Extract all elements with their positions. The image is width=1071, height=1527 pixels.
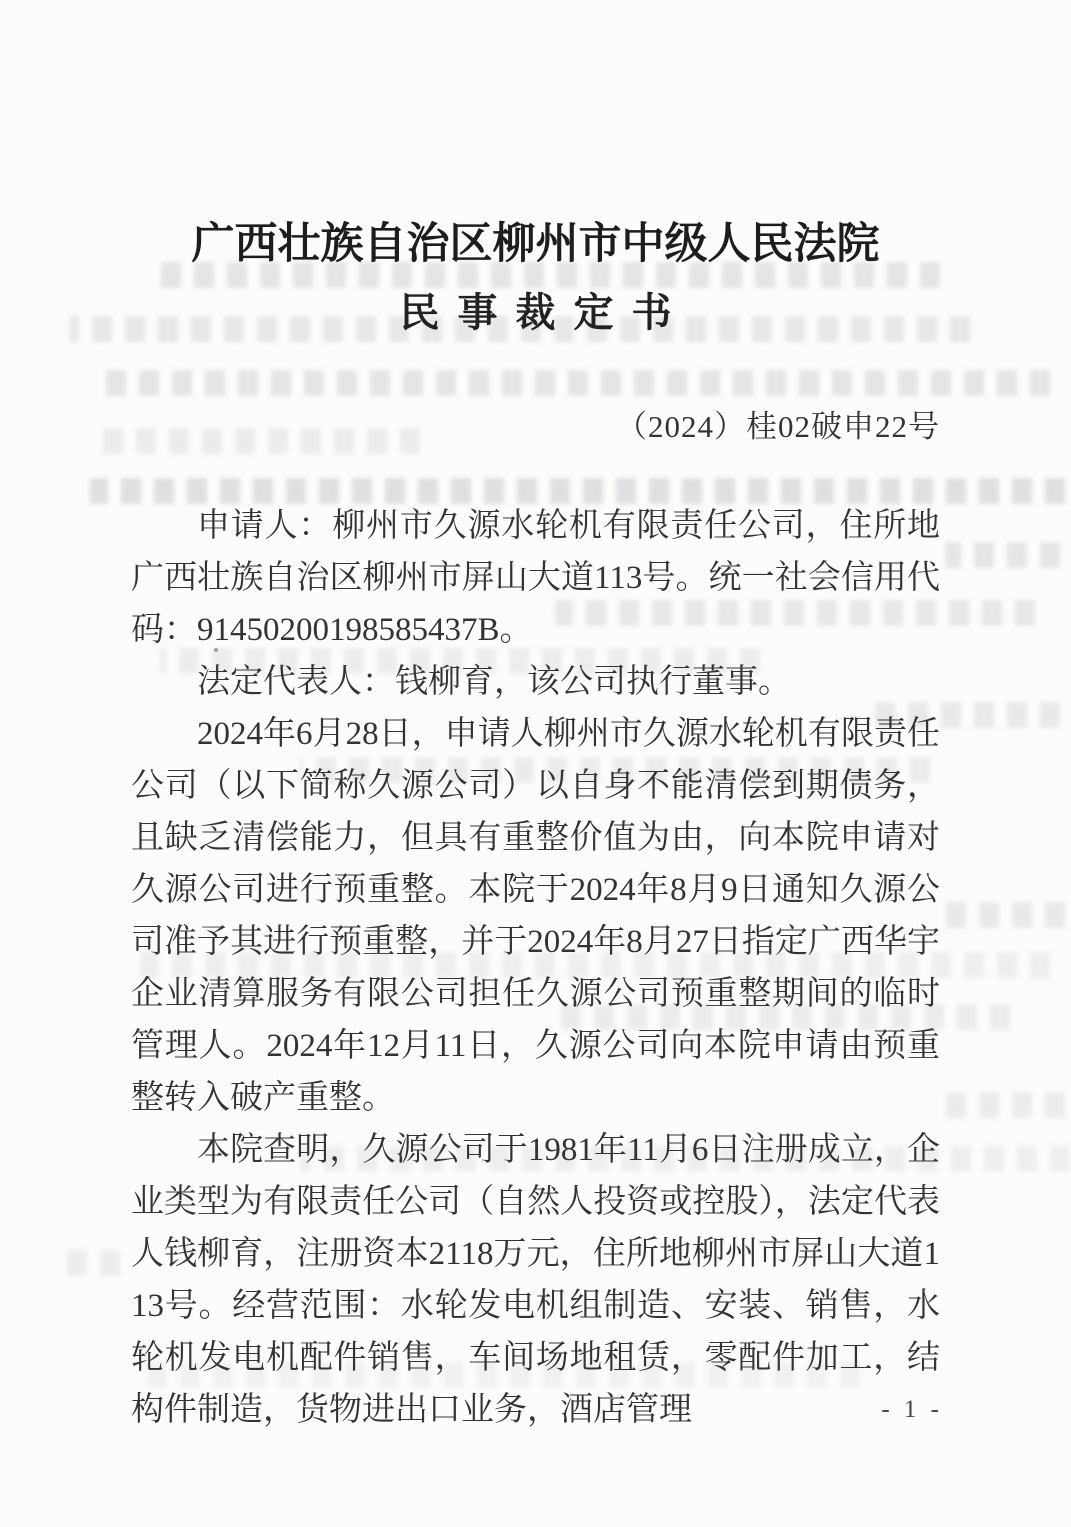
bleedthrough-artifact [95,370,1050,396]
bleedthrough-artifact [945,902,1065,928]
bleedthrough-artifact [945,1092,1065,1118]
paragraph-court-findings: 本院查明，久源公司于1981年11月6日注册成立，企业类型为有限责任公司（自然人… [131,1124,940,1436]
paragraph-applicant: 申请人：柳州市久源水轮机有限责任公司，住所地广西壮族自治区柳州市屏山大道113号… [131,500,940,656]
paragraph-application-history: 2024年6月28日，申请人柳州市久源水轮机有限责任公司（以下简称久源公司）以自… [131,708,940,1124]
court-name-title: 广西壮族自治区柳州市中级人民法院 [0,210,1071,271]
case-number: （2024）桂02破申22号 [616,401,940,446]
bleedthrough-artifact [55,1250,120,1276]
ruling-body: 申请人：柳州市久源水轮机有限责任公司，住所地广西壮族自治区柳州市屏山大道113号… [131,500,940,1436]
page-number: - 1 - [881,1396,943,1424]
document-type-title: 民事裁定书 [0,281,1071,338]
bleedthrough-artifact [90,428,420,454]
civil-ruling-scanned-page: 广西壮族自治区柳州市中级人民法院 民事裁定书 （2024）桂02破申22号 申请… [0,0,1071,1527]
bleedthrough-artifact [945,542,1060,568]
paragraph-legal-representative: 法定代表人：钱柳育，该公司执行董事。 [131,656,940,708]
